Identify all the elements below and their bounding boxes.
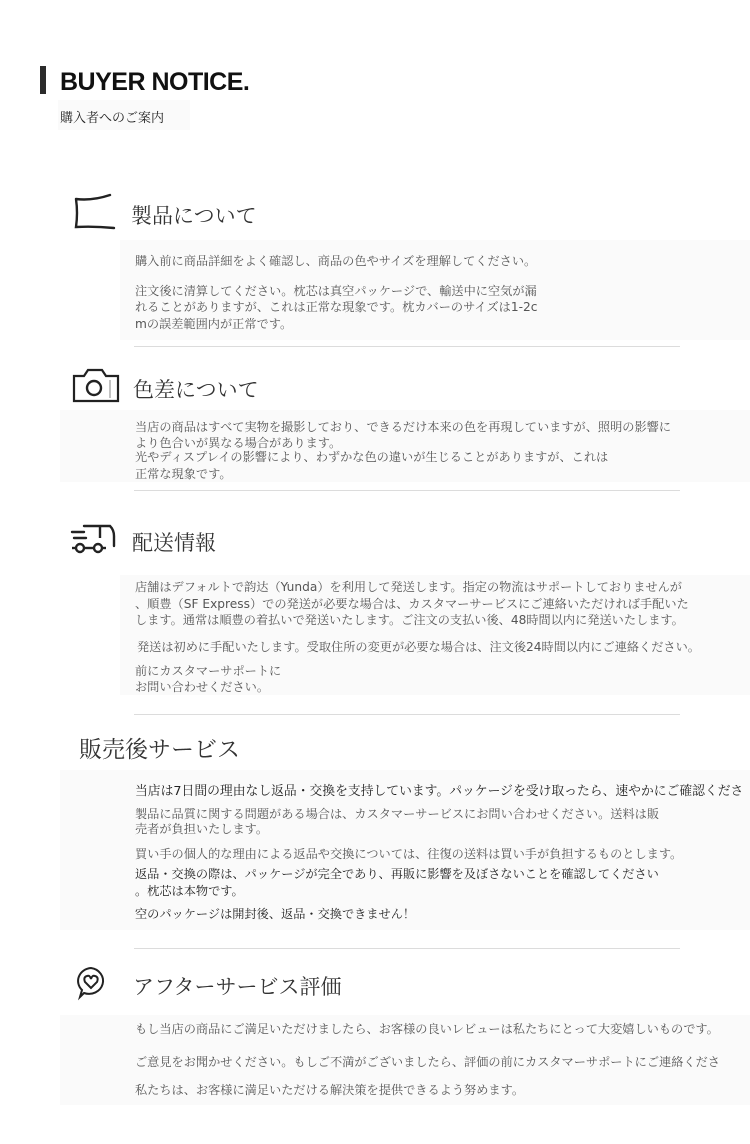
paragraph: 当店の商品はすべて実物を撮影しており、できるだけ本来の色を再現していますが、照明… <box>135 419 671 435</box>
paragraph: 製品に品質に関する問題がある場合は、カスタマーサービスにお問い合わせください。送… <box>135 806 659 822</box>
paragraph: もし当店の商品にご満足いただけましたら、お客様の良いレビューは私たちにとって大変… <box>135 1021 719 1037</box>
section-title-review: アフターサービス評価 <box>133 971 342 1001</box>
paragraph: 正常な現象です。 <box>135 466 232 482</box>
paragraph: 発送は初めに手配いたします。受取住所の変更が必要な場合は、注文後24時間以内にご… <box>137 639 700 655</box>
section-divider <box>134 346 680 347</box>
delivery-truck-icon <box>70 520 120 556</box>
section-title-color: 色差について <box>133 374 259 404</box>
paragraph: ご意見をお聞かせください。もしご不満がございましたら、評価の前にカスタマーサポー… <box>135 1054 720 1070</box>
paragraph: 。枕芯は本物です。 <box>135 883 244 899</box>
section-title-product: 製品について <box>131 200 257 230</box>
paragraph: 光やディスプレイの影響により、わずかな色の違いが生じることがありますが、これは <box>135 449 608 465</box>
section-title-aftersales: 販売後サービス <box>79 731 240 764</box>
header-accent-bar <box>40 66 46 94</box>
paragraph: 返品・交換の際は、パッケージが完全であり、再販に影響を及ぼさないことを確認してく… <box>135 866 659 882</box>
pillow-icon <box>72 193 118 231</box>
paragraph: 前にカスタマーサポートに <box>135 663 281 679</box>
paragraph: 店舗はデフォルトで韵达（Yunda）を利用して発送します。指定の物流はサポートし… <box>135 579 682 595</box>
section-title-shipping: 配送情報 <box>132 527 216 557</box>
paragraph: れることがありますが、これは正常な現象です。枕カバーのサイズは1-2c <box>135 299 537 315</box>
paragraph: 購入前に商品詳細をよく確認し、商品の色やサイズを理解してください。 <box>135 253 536 269</box>
paragraph: 売者が負担いたします。 <box>135 821 268 837</box>
paragraph: 私たちは、お客様に満足いただける解決策を提供できるよう努めます。 <box>135 1082 524 1098</box>
section-divider <box>134 948 680 949</box>
heart-chat-icon <box>74 965 122 1001</box>
camera-icon <box>72 368 124 404</box>
paragraph: します。通常は順豊の着払いで発送いたします。ご注文の支払い後、48時間以内に発送… <box>135 612 684 628</box>
section-divider <box>134 714 680 715</box>
paragraph: 、順豊（SF Express）での発送が必要な場合は、カスタマーサービスにご連絡… <box>135 596 689 612</box>
paragraph: 当店は7日間の理由なし返品・交換を支持しています。パッケージを受け取ったら、速や… <box>135 784 743 800</box>
page-title: BUYER NOTICE. <box>60 68 249 97</box>
paragraph: 買い手の個人的な理由による返品や交換については、往復の送料は買い手が負担するもの… <box>135 846 682 862</box>
paragraph: 注文後に清算してください。枕芯は真空パッケージで、輸送中に空気が漏 <box>135 283 537 299</box>
page-subtitle: 購入者へのご案内 <box>60 107 164 126</box>
paragraph: mの誤差範囲内が正常です。 <box>135 316 292 332</box>
paragraph: 空のパッケージは開封後、返品・交換できません！ <box>135 906 415 922</box>
paragraph: お問い合わせください。 <box>135 679 269 695</box>
section-divider <box>134 490 680 491</box>
